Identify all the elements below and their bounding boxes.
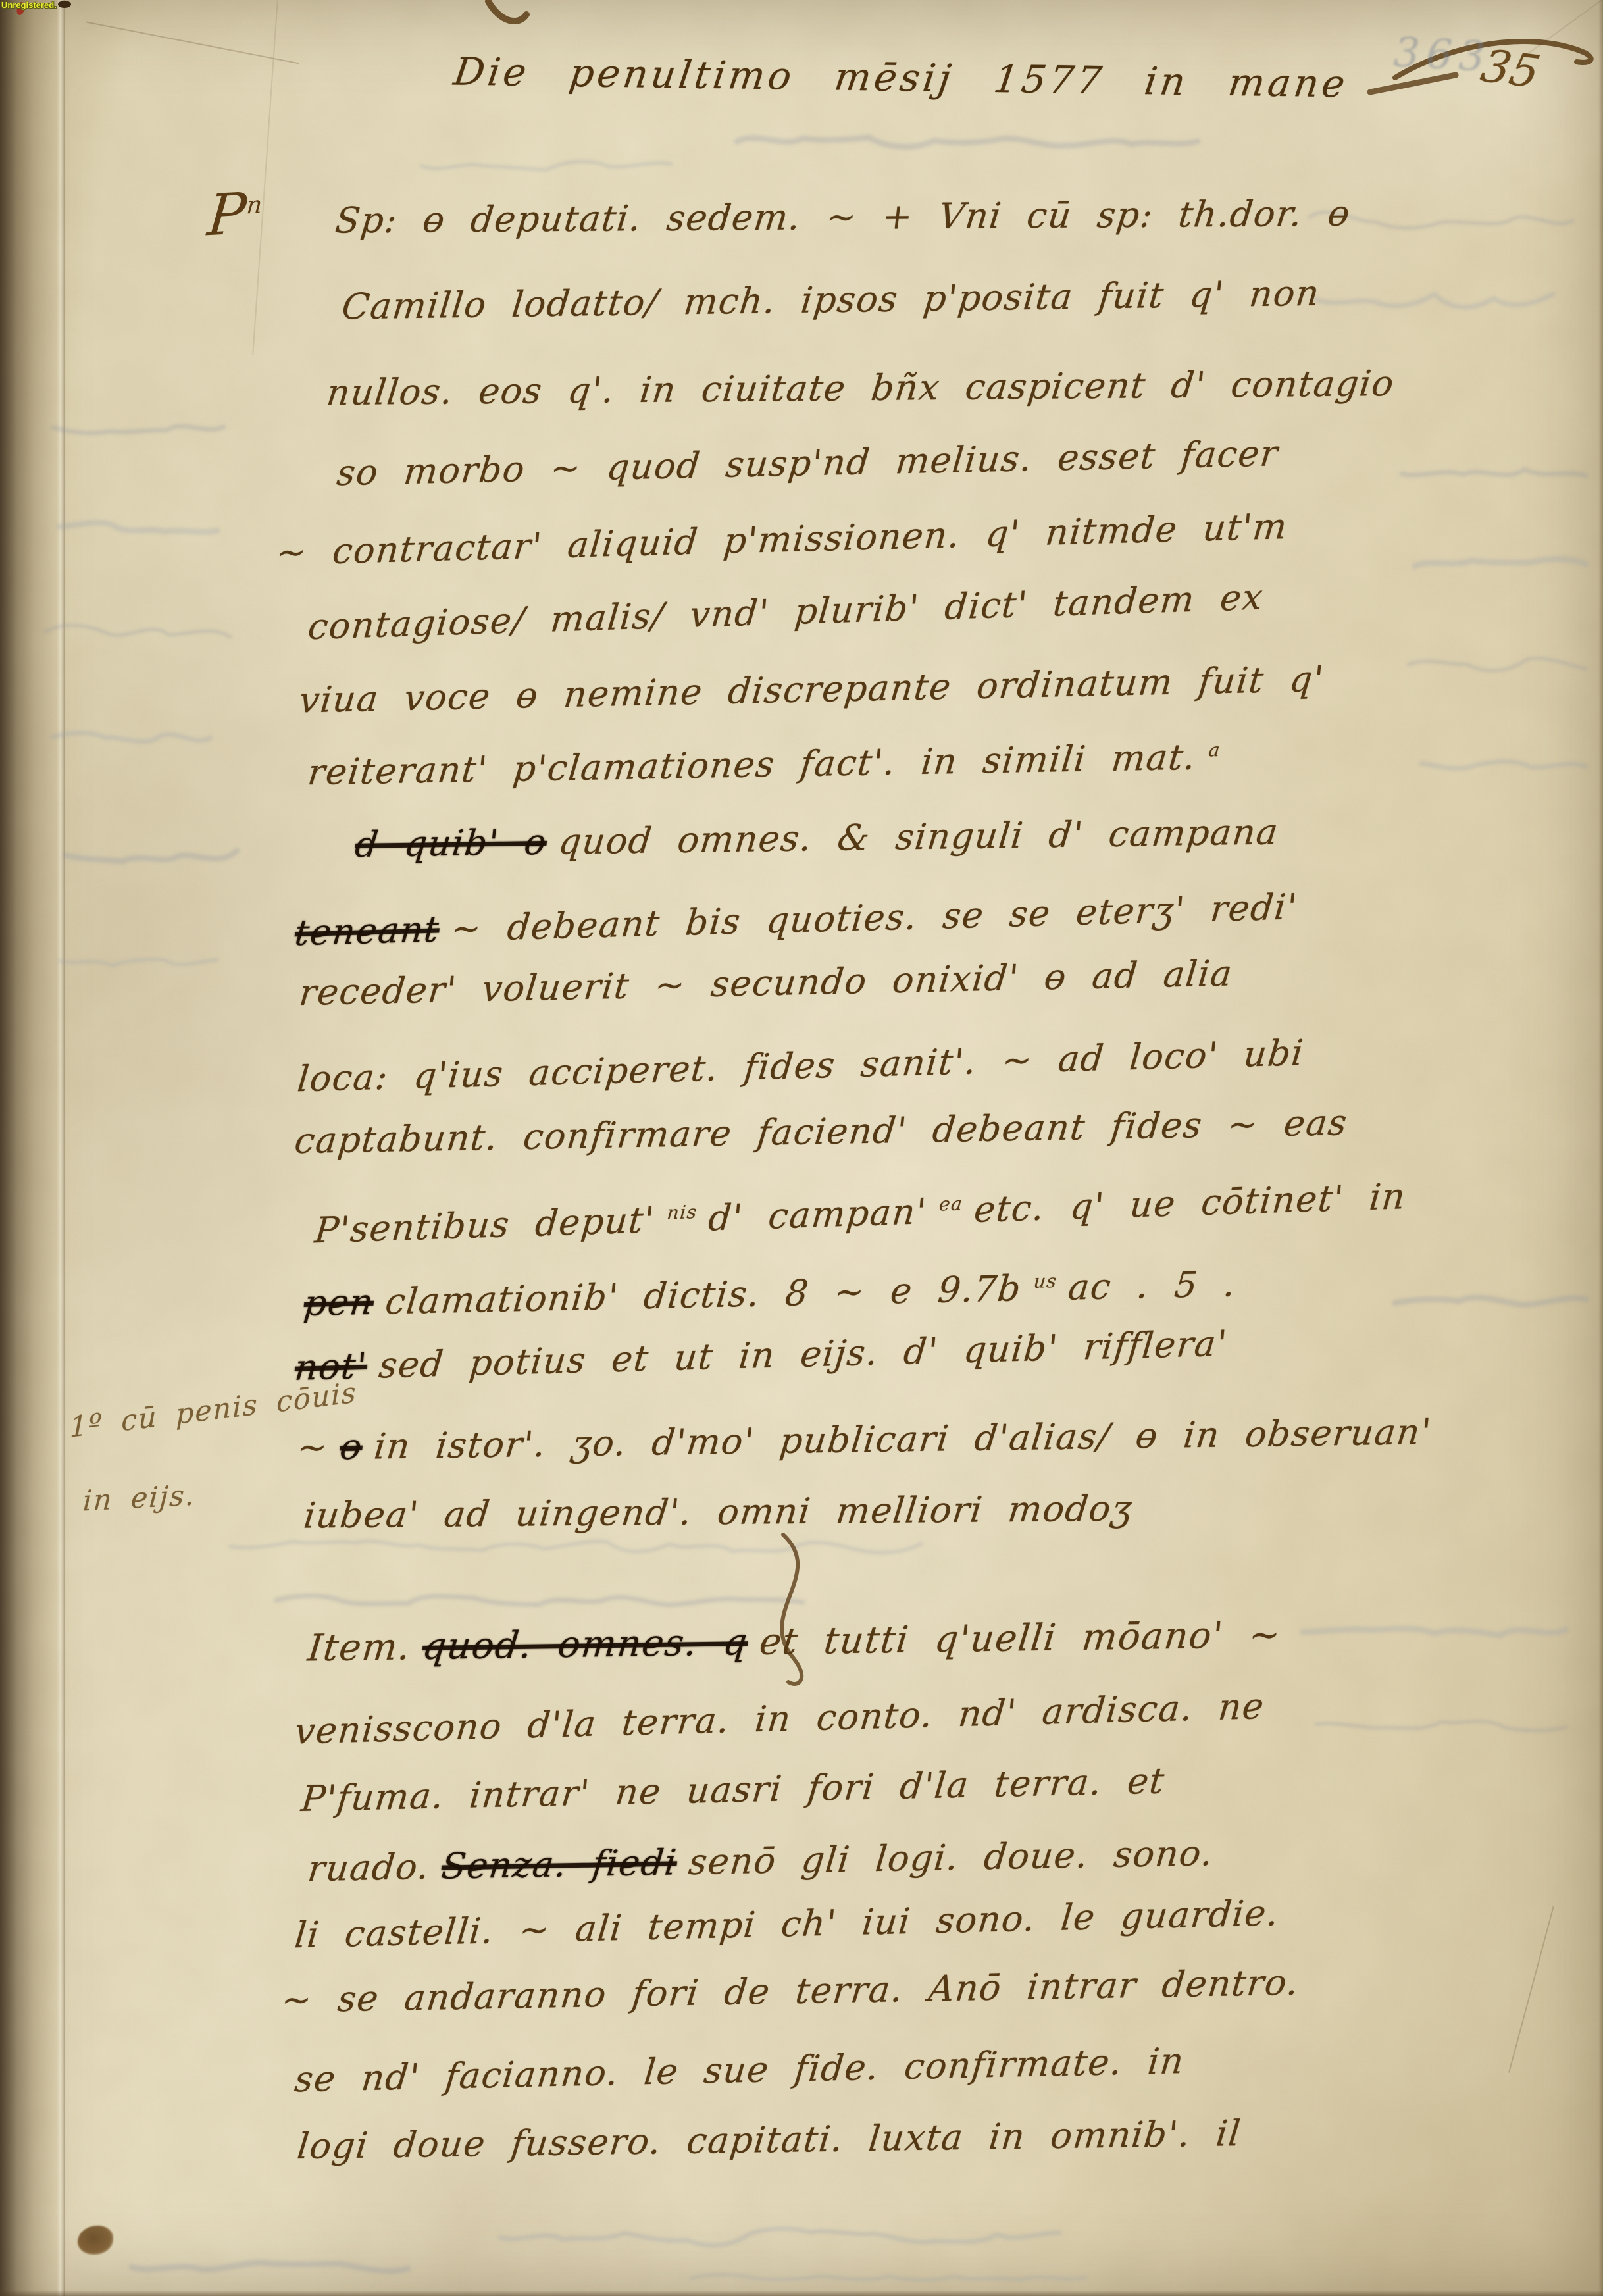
manuscript-line: d quib' ɵquod omnes. & singuli d' campan… xyxy=(353,811,1293,865)
strikethrough-run: pen xyxy=(302,1281,376,1324)
text-run: ~ debeant bis quoties. se se eterʒ' redi… xyxy=(449,886,1300,950)
manuscript-line: penclamationib' dictis. 8 ~ e 9.7busac .… xyxy=(302,1263,1250,1324)
manuscript-line: logi doue fussero. capitati. luxta in om… xyxy=(295,2112,1256,2167)
paragraph-mark-superscript: n xyxy=(245,190,263,219)
text-run: quod omnes. & singuli d' campana xyxy=(557,811,1281,862)
text-run: venisscono d'la terra. in conto. nd' ard… xyxy=(293,1685,1266,1752)
manuscript-line: Camillo lodatto/ mch. ipsos p'posita fui… xyxy=(340,272,1334,327)
paragraph-mark-letter: P xyxy=(205,181,249,249)
ghost-squiggle xyxy=(276,1596,803,1605)
text-run: li castelli. ~ ali tempi ch' iui sono. l… xyxy=(293,1892,1281,1956)
manuscript-line: so morbo ~ quod susp'nd melius. esset fa… xyxy=(335,432,1292,494)
text-run: logi doue fussero. capitati. luxta in om… xyxy=(295,2112,1244,2167)
manuscript-line: captabunt. confirmare faciend' debeant f… xyxy=(293,1102,1361,1161)
manuscript-line: viua voce ɵ nemine discrepante ordinatum… xyxy=(297,657,1338,721)
ghost-squiggle xyxy=(500,2229,1059,2245)
ghost-squiggle xyxy=(1402,469,1586,476)
text-run: ~ contractar' aliquid p'missionen. q' ni… xyxy=(274,505,1289,573)
text-run: P'fuma. intrar' ne uasri fori d'la terra… xyxy=(299,1760,1167,1820)
text-run: ~ xyxy=(295,1426,331,1468)
ghost-folio-number: 363 xyxy=(1392,28,1492,81)
text-run: nullos. eos q'. in ciuitate bñx caspicen… xyxy=(324,363,1396,413)
text-run: se nd' facianno. le sue fide. confirmate… xyxy=(293,2040,1186,2100)
text-run: loca: q'ius acciperet. fides sanit'. ~ a… xyxy=(295,1032,1306,1100)
manuscript-line: ~ contractar' aliquid p'missionen. q' ni… xyxy=(274,505,1301,574)
text-run: so morbo ~ quod susp'nd melius. esset fa… xyxy=(335,432,1281,494)
text-run: in istor'. ʒo. d'mo' publicari d'alias/ … xyxy=(372,1411,1433,1467)
manuscript-line: Item.quod. omnes. qet tutti q'uelli mōan… xyxy=(306,1613,1296,1670)
ghost-squiggle xyxy=(132,2263,408,2271)
crease-line xyxy=(1508,1906,1554,2073)
text-run: captabunt. confirmare faciend' debeant f… xyxy=(293,1102,1350,1161)
manuscript-line: iubea' ad uingend'. omni melliori modoʒ xyxy=(301,1487,1146,1536)
page-bottom-edge xyxy=(0,2290,1603,2296)
text-run: sed potius et ut in eijs. d' quib' riffl… xyxy=(377,1323,1229,1387)
text-run: etc. q' ue cōtinet' in xyxy=(973,1175,1408,1231)
text-run: iubea' ad uingend'. omni melliori modoʒ xyxy=(301,1488,1134,1537)
ghost-squiggle xyxy=(230,1541,921,1553)
manuscript-line: li castelli. ~ ali tempi ch' iui sono. l… xyxy=(293,1892,1293,1956)
text-run: Item. xyxy=(306,1625,413,1670)
strikethrough-run: teneant xyxy=(293,908,442,954)
dark-edge-mark xyxy=(58,1,71,8)
page-curl-edge xyxy=(57,0,65,2296)
ghost-squiggle xyxy=(1415,559,1586,566)
manuscript-line: loca: q'ius acciperet. fides sanit'. ~ a… xyxy=(295,1032,1317,1100)
manuscript-line: ruado.Senza. fiedisenō gli logi. doue. s… xyxy=(306,1832,1228,1889)
ghost-squiggle xyxy=(1395,1298,1586,1305)
ghost-squiggle xyxy=(1316,294,1553,307)
text-run: Camillo lodatto/ mch. ipsos p'posita fui… xyxy=(340,272,1322,328)
text-run: clamationib' dictis. 8 ~ e 9.7b xyxy=(384,1267,1024,1322)
text-run: ruado. xyxy=(306,1846,432,1889)
text-run: ac . 5 . xyxy=(1066,1263,1238,1308)
superscript-run: nis xyxy=(666,1201,698,1224)
shareware-watermark: Unregistered. xyxy=(1,0,57,10)
manuscript-line: se nd' facianno. le sue fide. confirmate… xyxy=(293,2040,1198,2101)
text-run: d' campan' xyxy=(707,1190,929,1239)
crease-line xyxy=(86,22,299,64)
text-run: et tutti q'uelli mōano' ~ xyxy=(757,1614,1283,1664)
text-run: receder' voluerit ~ secundo onixid' ɵ ad… xyxy=(297,952,1234,1013)
superscript-run: ea xyxy=(938,1192,964,1215)
text-run: senō gli logi. doue. sono. xyxy=(687,1832,1216,1883)
manuscript-line: ~ se andaranno fori de terra. Anō intrar… xyxy=(280,1961,1313,2020)
top-edge-ink-mark xyxy=(488,1,526,21)
manuscript-line: P'fuma. intrar' ne uasri fori d'la terra… xyxy=(299,1760,1179,1820)
text-run: Sp: ɵ deputati. sedem. ~ + Vni cū sp: th… xyxy=(333,193,1352,242)
manuscript-line: venisscono d'la terra. in conto. nd' ard… xyxy=(293,1685,1278,1752)
manuscript-line: receder' voluerit ~ secundo onixid' ɵ ad… xyxy=(297,952,1246,1013)
superscript-run: a xyxy=(1208,739,1222,761)
text-run: viua voce ɵ nemine discrepante ordinatum… xyxy=(297,658,1326,721)
manuscript-line: teneant~ debeant bis quoties. se se eter… xyxy=(293,886,1311,954)
date-header: Die penultimo mēsij 1577 in mane xyxy=(451,49,1351,107)
ghost-squiggle xyxy=(66,850,237,861)
folio-number: 35 xyxy=(1476,41,1544,99)
superscript-run: us xyxy=(1032,1270,1058,1292)
crease-line xyxy=(252,1,278,355)
strikethrough-run: Senza. fiedi xyxy=(440,1841,679,1887)
ghost-squiggle xyxy=(1303,1629,1566,1635)
ghost-squiggle xyxy=(1316,1722,1566,1731)
ghost-squiggle xyxy=(691,2275,1086,2280)
manuscript-line: P'sentibus deput'nisd' campan'eaetc. q' … xyxy=(313,1175,1420,1252)
ghost-squiggle xyxy=(737,138,1198,147)
text-run: contagiose/ malis/ vnd' plurib' dict' ta… xyxy=(306,576,1265,648)
ghost-squiggle xyxy=(421,161,671,170)
manuscript-line: nullos. eos q'. in ciuitate bñx caspicen… xyxy=(324,363,1408,413)
binding-gutter xyxy=(0,0,84,2296)
ghost-squiggle xyxy=(1421,761,1586,768)
strikethrough-run: quod. omnes. q xyxy=(420,1621,750,1668)
ink-blot xyxy=(78,2226,113,2255)
text-run: ~ se andaranno fori de terra. Anō intrar… xyxy=(280,1962,1302,2021)
strikethrough-run: ɵ xyxy=(338,1426,365,1468)
page-right-edge xyxy=(1598,0,1603,2296)
text-run: reiterant' p'clamationes fact'. in simil… xyxy=(306,736,1198,794)
manuscript-line: reiterant' p'clamationes fact'. in simil… xyxy=(306,736,1234,794)
margin-note-line: in eijs. xyxy=(82,1479,197,1518)
ghost-squiggle xyxy=(1408,658,1586,671)
manuscript-line: Sp: ɵ deputati. sedem. ~ + Vni cū sp: th… xyxy=(333,193,1364,242)
manuscript-line: ~ɵin istor'. ʒo. d'mo' publicari d'alias… xyxy=(295,1411,1446,1468)
strikethrough-run: d quib' ɵ xyxy=(353,821,549,865)
paragraph-mark: Pn xyxy=(205,180,265,249)
text-run: P'sentibus deput' xyxy=(313,1199,657,1251)
manuscript-page: Unregistered. 363 35 Die penultimo mēsij… xyxy=(0,0,1603,2296)
strikethrough-run: not' xyxy=(293,1345,369,1389)
manuscript-line: not'sed potius et ut in eijs. d' quib' r… xyxy=(293,1322,1241,1389)
manuscript-line: contagiose/ malis/ vnd' plurib' dict' ta… xyxy=(306,576,1277,648)
